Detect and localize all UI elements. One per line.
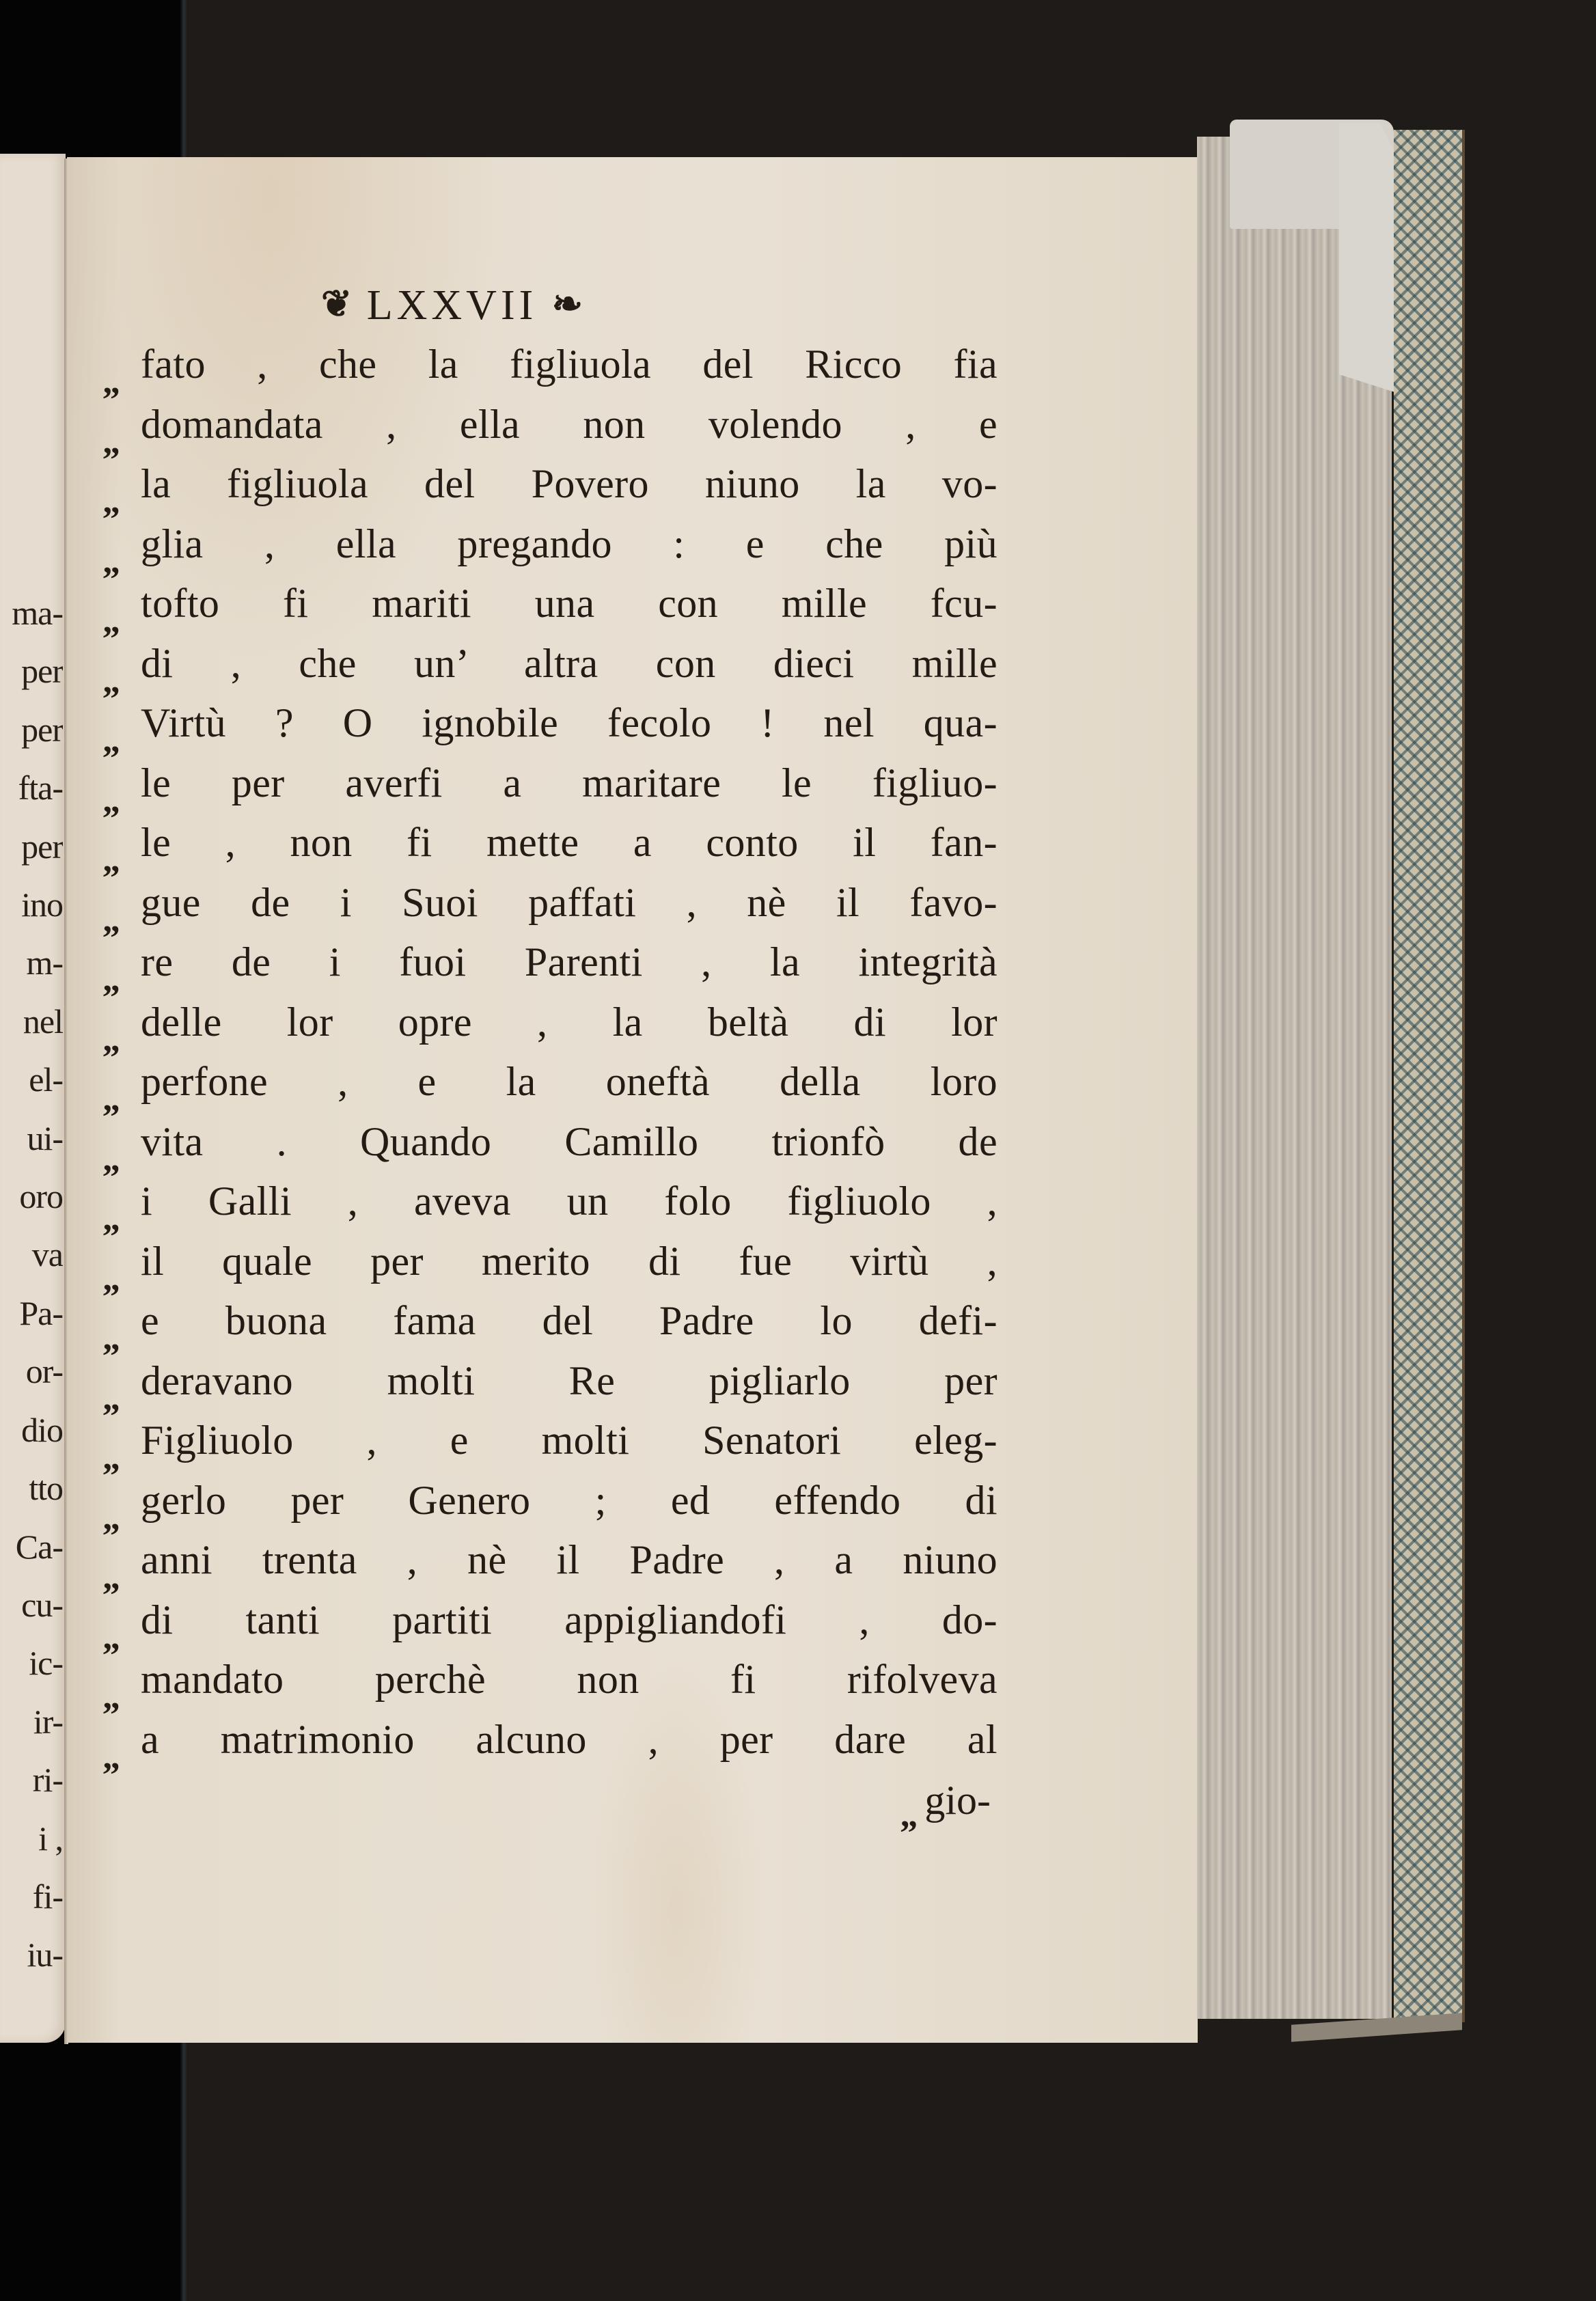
left-fragment: iu- — [0, 1926, 63, 1984]
line-text: glia , ella pregando : e che più — [141, 514, 1004, 575]
left-fragment: fta- — [0, 759, 63, 817]
text-line: „perfone , e la oneftà della loro — [102, 1052, 1004, 1112]
line-text: gue de i Suoi paffati , nè il favo- — [141, 873, 1004, 933]
quote-mark: „ — [900, 1785, 918, 1846]
line-text: e buona fama del Padre lo defi- — [141, 1291, 1004, 1351]
marbled-cover-edge — [1394, 130, 1465, 2022]
line-text: di tanti partiti appigliandofi , do- — [141, 1590, 1004, 1651]
line-text: delle lor opre , la beltà di lor — [141, 993, 1004, 1053]
left-fragment: cu- — [0, 1576, 63, 1634]
text-line: „le per averfi a maritare le figliuo- — [102, 754, 1004, 814]
text-line: „il quale per merito di fue virtù , — [102, 1232, 1004, 1292]
left-fragment: tto — [0, 1459, 63, 1517]
text-line: „la figliuola del Povero niuno la vo- — [102, 454, 1004, 514]
line-text: Figliuolo , e molti Senatori eleg- — [141, 1411, 1004, 1471]
line-text: perfone , e la oneftà della loro — [141, 1052, 1004, 1112]
left-page-edge: ma- per per fta- per ino m- nel el- ui- … — [0, 154, 66, 2043]
left-fragment: per — [0, 818, 63, 876]
line-text: fato , che la figliuola del Ricco fia — [141, 335, 1004, 395]
left-fragment: va — [0, 1226, 63, 1284]
text-line: „Figliuolo , e molti Senatori eleg- — [102, 1411, 1004, 1471]
line-text: le per averfi a maritare le figliuo- — [141, 754, 1004, 814]
text-line: „glia , ella pregando : e che più — [102, 514, 1004, 575]
line-text: le , non fi mette a conto il fan- — [141, 813, 1004, 873]
left-fragment: ri- — [0, 1751, 63, 1809]
text-line: „a matrimonio alcuno , per dare al — [102, 1710, 1004, 1770]
left-fragment: oro — [0, 1168, 63, 1226]
line-text: deravano molti Re pigliarlo per — [141, 1351, 1004, 1411]
text-line: „mandato perchè non fi rifolveva — [102, 1650, 1004, 1710]
fleuron-left-icon: ❦ — [321, 284, 352, 325]
text-line: „i Galli , aveva un folo figliuolo , — [102, 1172, 1004, 1232]
line-text: la figliuola del Povero niuno la vo- — [141, 454, 1004, 514]
line-text: Virtù ? O ignobile fecolo ! nel qua- — [141, 693, 1004, 754]
left-fragment: ma- — [0, 584, 63, 642]
line-text: mandato perchè non fi rifolveva — [141, 1650, 1004, 1710]
text-line: „vita . Quando Camillo trionfò de — [102, 1112, 1004, 1172]
line-text: il quale per merito di fue virtù , — [141, 1232, 1004, 1292]
left-fragment: dio — [0, 1401, 63, 1459]
line-text: anni trenta , nè il Padre , a niuno — [141, 1530, 1004, 1590]
left-fragment: ir- — [0, 1693, 63, 1751]
left-fragment: Pa- — [0, 1284, 63, 1342]
folio-number: LXXVII — [367, 282, 538, 329]
catchword: „gio- — [102, 1769, 1004, 1831]
text-line: „gue de i Suoi paffati , nè il favo- — [102, 873, 1004, 933]
fleuron-right-icon: ❧ — [552, 284, 583, 325]
page-text-block: ❦ LXXVII ❧ „fato , che la figliuola del … — [102, 273, 1004, 1831]
left-fragment: per — [0, 642, 63, 700]
left-fragment: ui- — [0, 1110, 63, 1168]
left-fragment: ino — [0, 876, 63, 934]
line-text: domandata , ella non volendo , e — [141, 395, 1004, 455]
line-text: di , che un’ altra con dieci mille — [141, 634, 1004, 694]
left-fragment: Ca- — [0, 1518, 63, 1576]
left-page-text-fragments: ma- per per fta- per ino m- nel el- ui- … — [0, 584, 63, 1985]
text-line: „anni trenta , nè il Padre , a niuno — [102, 1530, 1004, 1590]
left-fragment: or- — [0, 1342, 63, 1401]
text-line: „Virtù ? O ignobile fecolo ! nel qua- — [102, 693, 1004, 754]
page-stack-edge — [1197, 137, 1392, 2019]
line-text: re de i fuoi Parenti , la integrità — [141, 933, 1004, 993]
left-fragment: i , — [0, 1810, 63, 1868]
running-head: ❦ LXXVII ❧ — [321, 273, 1004, 335]
left-fragment: el- — [0, 1051, 63, 1109]
text-line: „re de i fuoi Parenti , la integrità — [102, 933, 1004, 993]
text-line: „fato , che la figliuola del Ricco fia — [102, 335, 1004, 395]
text-line: „domandata , ella non volendo , e — [102, 395, 1004, 455]
text-line: „di , che un’ altra con dieci mille — [102, 634, 1004, 694]
catchword-text: gio- — [924, 1778, 991, 1823]
text-line: „tofto fi mariti una con mille fcu- — [102, 574, 1004, 634]
text-line: „di tanti partiti appigliandofi , do- — [102, 1590, 1004, 1651]
text-line: „delle lor opre , la beltà di lor — [102, 993, 1004, 1053]
left-fragment: nel — [0, 993, 63, 1051]
text-line: „deravano molti Re pigliarlo per — [102, 1351, 1004, 1411]
text-line: „e buona fama del Padre lo defi- — [102, 1291, 1004, 1351]
line-text: vita . Quando Camillo trionfò de — [141, 1112, 1004, 1172]
left-fragment: ic- — [0, 1634, 63, 1692]
line-text: tofto fi mariti una con mille fcu- — [141, 574, 1004, 634]
line-text: i Galli , aveva un folo figliuolo , — [141, 1172, 1004, 1232]
left-fragment: m- — [0, 934, 63, 992]
left-fragment: per — [0, 701, 63, 759]
text-line: „gerlo per Genero ; ed effendo di — [102, 1471, 1004, 1531]
line-text: a matrimonio alcuno , per dare al — [141, 1710, 1004, 1770]
text-line: „le , non fi mette a conto il fan- — [102, 813, 1004, 873]
left-fragment: fi- — [0, 1868, 63, 1926]
line-text: gerlo per Genero ; ed effendo di — [141, 1471, 1004, 1531]
